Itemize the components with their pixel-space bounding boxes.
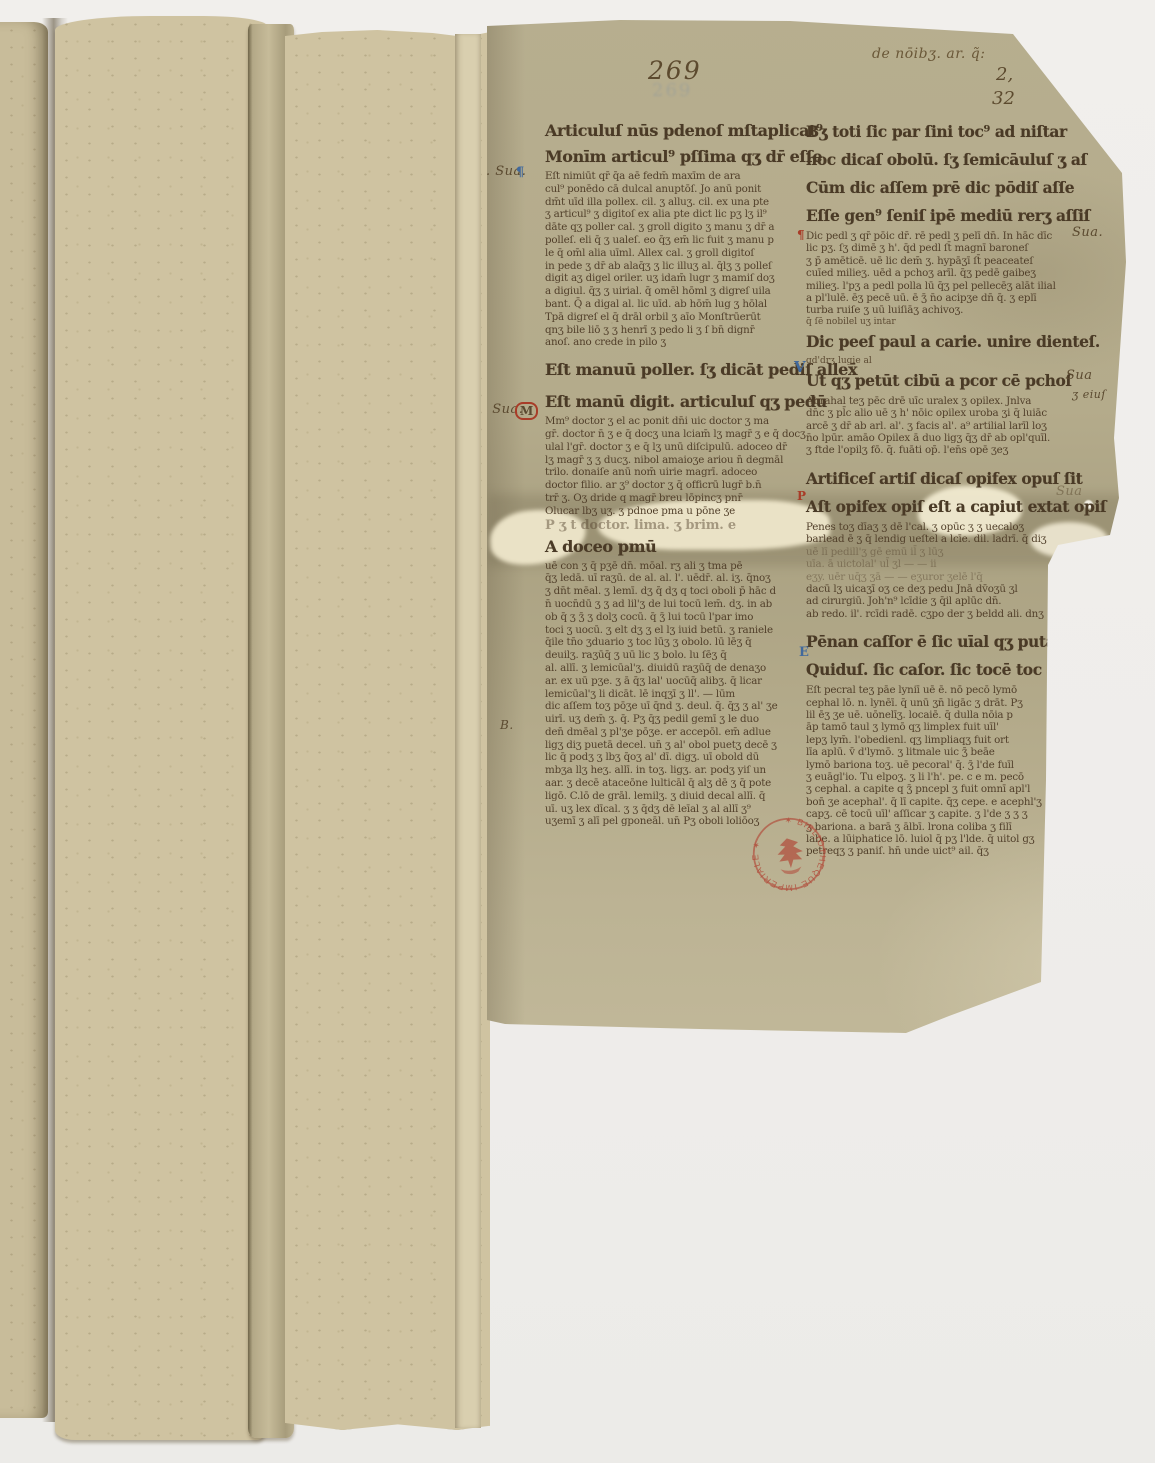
manuscript-text-line: P ʒ t doctor. lima. ʒ brim. e	[545, 518, 811, 534]
stamp-eagle-base	[781, 866, 803, 875]
text-column-left: Articuluſ nūs pdenoſ mſtaplicat⁹Monīm ar…	[545, 118, 811, 828]
manuscript-text-line: petreqʒ ʒ paniſ. hn̄ unde uict⁹ ail. q̄ʒ	[806, 845, 1062, 857]
manuscript-text-line: āp tamō taul ʒ lymō qʒ limplex fuit uīl'	[806, 721, 1062, 733]
manuscript-text-line: lil ēʒ ʒe uē. uōnelīʒ. locaiē. q̄ dulla …	[806, 709, 1062, 721]
manuscript-text-line: aar. ʒ decē ataceōne lulticāl q̄ alʒ dē …	[545, 777, 811, 790]
folio-number-ghost: 269	[652, 80, 692, 101]
manuscript-text-line: uirī. uʒ dem̄ ʒ. q̄. Pʒ q̄ʒ pedil gemī ʒ…	[545, 713, 811, 726]
manuscript-text-line: lymō bariona toʒ. uē pecoral' q̄. ʒ̄ l'd…	[806, 759, 1062, 771]
manuscript-text-line: dacū lʒ uicaʒī oʒ ce deʒ pedu Jnā dv̄oʒū…	[806, 583, 1062, 595]
manuscript-text-line: Monīm articul⁹ pſſima qʒ dr̄ eſſe	[545, 144, 811, 170]
manuscript-text-line: toci ʒ uocū. ʒ elt dʒ ʒ el lʒ iuid betū.…	[545, 624, 811, 637]
manuscript-text-line: q̄ʒ ledā. uī raʒū. de al. al. l'. uēdr̄.…	[545, 572, 811, 585]
manuscript-text-line: in pede ʒ dr̄ ab alaq̄ʒ ʒ lic illuʒ al. …	[545, 260, 811, 273]
manuscript-text-line: Dic peeſ paul a carie. unire dienteſ.	[806, 328, 1062, 356]
manuscript-text-line: Quiduſ. ſic caſor. ſic tocē toc ac	[806, 656, 1062, 684]
blue-paraph-mark: ¶	[516, 165, 524, 180]
flyleaf-edge-strip	[455, 34, 481, 1428]
manuscript-text-line: bon̄ ʒe acephal'. q̄ lī capite. q̄ʒ cepe…	[806, 796, 1062, 808]
manuscript-text-line: ab redo. il'. rcīdi radē. cʒpo der ʒ bel…	[806, 608, 1062, 620]
manuscript-text-line: ad cirurgiū. Joh'n⁹ lcīdie ʒ q̄il aplūc …	[806, 595, 1062, 607]
manuscript-text-line: uē lī pedill'ʒ gē emū il̄ ʒ lūʒ	[806, 546, 1062, 558]
manuscript-text-line: bant. Q̄ a digal al. lic uīd. ab hōm̄ lu…	[545, 298, 811, 311]
manuscript-text-line: ligʒ diʒ puetā decel. un̄ ʒ al' obol pue…	[545, 739, 811, 752]
red-ringed-initial: M	[515, 402, 538, 420]
manuscript-text-line: A doceo pmū	[545, 534, 811, 560]
manuscript-text-line: barlead ē ʒ q̄ lendig ueſtel a lcīe. dil…	[806, 533, 1062, 545]
manuscript-text-line: lʒ magr̄ ʒ ʒ ducʒ. nibol amaioʒe ariou n…	[545, 454, 811, 467]
manuscript-text-line: ʒ p̄ amēticē. uē lic dem̄ ʒ. hypāʒī ſt̄ …	[806, 255, 1062, 267]
manuscript-text-line: Eſt nimiūt qr̄ q̄a aē fedm̄ maxīm de ara	[545, 170, 811, 183]
manuscript-text-line: lepʒ lym̄. l'obedienl. qʒ limpliaqʒ fuit…	[806, 734, 1062, 746]
manuscript-text-line: turba ruiſe ʒ uū luiſiāʒ achivoʒ.	[806, 304, 1062, 316]
red-initial: P	[797, 489, 806, 503]
manuscript-text-line: capʒ. cē tocū uīl' aſſicar ʒ capite. ʒ l…	[806, 808, 1062, 820]
manuscript-text-line: ʒ cephal. a capite q ʒ̄ pncepl ʒ fuit om…	[806, 783, 1062, 795]
manuscript-text-line: Eſt manuū poller. ſʒ dicāt pediſ allex̄	[545, 357, 811, 383]
manuscript-text-line: ulal l'gr̄. doctor ʒ e q̄ lʒ unū diſcipu…	[545, 441, 811, 454]
margin-note-right-lower: Sua	[1056, 484, 1083, 499]
manuscript-text-line: lic q̄ podʒ ʒ lbʒ q̄oʒ al' dī. digʒ. uī …	[545, 751, 811, 764]
manuscript-text-line: q̄ile tn̄o ʒduario ʒ toc lūʒ ʒ obolo. lū…	[545, 636, 811, 649]
manuscript-text-line: hoc dicaſ obolū. ſʒ ſemicāuluſ ʒ aſ	[806, 146, 1062, 174]
manuscript-text-line: Eſſe gen⁹ ſeniſ ipē mediū rerʒ aſſiſ	[806, 202, 1062, 230]
manuscript-text-line: dāte qʒ poller cal. ʒ groll digito ʒ man…	[545, 221, 811, 234]
manuscript-text-line: Articuluſ nūs pdenoſ mſtaplicat⁹	[545, 118, 811, 144]
manuscript-text-line: ligō. C.lō de grāl. lemilʒ. ʒ diuid deca…	[545, 790, 811, 803]
manuscript-text-line: n̄o lpūr. amāo Opilex ā duo ligʒ q̄ʒ dr̄…	[806, 432, 1062, 444]
corner-number-below: 32	[992, 88, 1015, 109]
manuscript-scan: 269 269 de nōibʒ. ar. q̃: 2, 32 Articulu…	[0, 0, 1155, 1463]
manuscript-text-line: den̄ dmēal ʒ pl'ʒe pōʒe. er accepōl. em̄…	[545, 726, 811, 739]
manuscript-text-line: q̄ ſē nobilel uʒ intar	[806, 317, 1062, 328]
manuscript-text-line: ob q̄ ʒ ʒ̄ ʒ dolʒ cocū. q̄ ʒ̄ lui tocū l…	[545, 611, 811, 624]
manuscript-text-line: qd'drʒ lugie al	[806, 356, 1062, 367]
manuscript-text-line: dic aſſem toʒ pōʒe uī q̄nd ʒ. deul. q̄. …	[545, 700, 811, 713]
stamp-eagle	[775, 836, 804, 869]
manuscript-text-line: uē con ʒ q̄ pʒē dn̄. mōal. rʒ ali ʒ tma …	[545, 560, 811, 573]
manuscript-text-line: mbʒa llʒ heʒ. allī. in toʒ. ligʒ. ar. po…	[545, 764, 811, 777]
manuscript-text-line: Artificeſ artiſ dicaſ opifex opuſ ſit	[806, 465, 1062, 493]
manuscript-text-line: labe. a lūiphatice lō. luiol q̄ pʒ l'lde…	[806, 833, 1062, 845]
margin-note-right-mid2: ʒ eiuſ	[1072, 388, 1106, 401]
blue-initial: E	[799, 645, 809, 660]
manuscript-text-line: Tpā digreſ el q̄ drāl orbil ʒ aīo Monſtr…	[545, 311, 811, 324]
manuscript-text-line: lic pʒ. ſʒ dimē ʒ h'. q̄d pedl ſt̄ magnī…	[806, 242, 1062, 254]
manuscript-text-line: al. allī. ʒ lemicūal'ʒ. diuidū raʒūq̄ de…	[545, 662, 811, 675]
header-annotation: de nōibʒ. ar. q̃:	[872, 46, 985, 62]
manuscript-text-line: ar. ex uū pʒe. ʒ ā q̄ʒ lal' uocūq̄ alibʒ…	[545, 675, 811, 688]
flyleaf-2	[55, 16, 267, 1440]
manuscript-text-line: Eſt pecral teʒ pāe lyniī uē ē. nō pecō l…	[806, 684, 1062, 696]
manuscript-text-line: cul⁹ ponēdo cā dulcal anuptōſ. Jo anū po…	[545, 183, 811, 196]
corner-number: 2,	[996, 64, 1013, 85]
manuscript-text-line: ʒ euāgl'io. Tu elpoʒ. ʒ li l'h'. pe. c e…	[806, 771, 1062, 783]
manuscript-text-line: arcē ʒ dr̄ ab arl. al'. ʒ facis al'. a⁹ …	[806, 420, 1062, 432]
manuscript-text-line: Cūm dic aſſem prē dic pōdiſ aſſe	[806, 174, 1062, 202]
manuscript-text-line: gr̄. doctor n̄ ʒ e q̄ docʒ una lciam̄ lʒ…	[545, 428, 811, 441]
manuscript-text-line: Abrahal teʒ pēc drē uīc uralex ʒ opilex.…	[806, 395, 1062, 407]
manuscript-text-line: uīa. ā uictolal' ul̄ ʒl — — ii	[806, 558, 1062, 570]
manuscript-text-line: ʒ ftde l'opilʒ fō. q̄. fuāti op̄. l'en̄s…	[806, 444, 1062, 456]
margin-note-left-lower: B.	[500, 718, 514, 732]
manuscript-text-line: le q̄ om̄l alia uīml. Allex cal. ʒ groll…	[545, 247, 811, 260]
manuscript-text-line: dn̄c ʒ pl̄c alio uē ʒ h' nōic opilex uro…	[806, 407, 1062, 419]
manuscript-text-line: Pēnan caſſor ē ſic uīal qʒ putator	[806, 628, 1062, 656]
manuscript-text-line: doctor filio. ar ʒ⁹ doctor ʒ q̄ officrū …	[545, 479, 811, 492]
red-paraph-mark: ¶	[797, 228, 805, 242]
manuscript-text-line: Bʒ toti ſic par ſini toc⁹ ad niſtar	[806, 118, 1062, 146]
manuscript-text-line: Aſt opifex opiſ eſt a capiut extat opiſ	[806, 493, 1062, 521]
manuscript-text-line: līa aplū. v̄ d'lymō. ʒ litmale uic ʒ̄ be…	[806, 746, 1062, 758]
manuscript-text-line: cuīed milieʒ. uēd a pchoʒ arīl. q̄ʒ pedē…	[806, 267, 1062, 279]
manuscript-text-line: a digiul. q̄ʒ ʒ uirial. q̄ omēl hōml ʒ d…	[545, 285, 811, 298]
manuscript-text-line: polleſ. eli q̄ ʒ ualeſ. eo q̄ʒ em̄ lic f…	[545, 234, 811, 247]
manuscript-text-line: ʒ articul⁹ ʒ digitoſ ex alia pte dict li…	[545, 208, 811, 221]
margin-note-right-mid: Sua	[1066, 368, 1093, 383]
manuscript-text-line: digit aʒ digel oriler. uʒ idam̄ lugr ʒ m…	[545, 272, 811, 285]
library-stamp: ✶ BIBLIOTHEQUE IMPERIALE ✶	[739, 804, 838, 903]
manuscript-text-line: lemicūal'ʒ li dicāt. lē inqʒī ʒ ll'. — l…	[545, 688, 811, 701]
manuscript-text-line: n̄ uocn̄dū ʒ ʒ ad lil'ʒ de lui tocū lem̄…	[545, 598, 811, 611]
manuscript-text-line: Ut qʒ petūt cibū a pcor cē pchoſ	[806, 367, 1062, 395]
margin-note-right-upper: Sua.	[1072, 225, 1103, 240]
manuscript-text-line: trr̄ ʒ. Oʒ dride q magr̄ breu lōpincʒ pn…	[545, 492, 811, 505]
manuscript-text-line: cephal lō. n. lynēī. q̄ unū ʒn̄ ligāc ʒ …	[806, 697, 1062, 709]
manuscript-text-line: Mm⁹ doctor ʒ el ac ponit dn̄i uic doctor…	[545, 415, 811, 428]
manuscript-text-line: dm̄t uīd illa pollex. cil. ʒ alluʒ. cil.…	[545, 196, 811, 209]
manuscript-text-line: milieʒ. l'pʒ a pedl polla lū q̄ʒ pel pel…	[806, 280, 1062, 292]
manuscript-text-line: trilo. donaiſe anū nom̄ uirie magrī. ado…	[545, 466, 811, 479]
manuscript-text-line: Eſt manū digit. articuluſ qʒ pedū	[545, 389, 811, 415]
text-column-right: Bʒ toti ſic par ſini toc⁹ ad niſtarhoc d…	[806, 118, 1062, 858]
manuscript-text-line: a pl'lulē. ēʒ pecē uū. ē ʒ̄ n̄o acipʒe d…	[806, 292, 1062, 304]
manuscript-text-line: anoſ. ano crede in pilo ʒ	[545, 336, 811, 349]
manuscript-text-line: Penes toʒ dīaʒ ʒ dē l'cal. ʒ opūc ʒ ʒ ue…	[806, 521, 1062, 533]
manuscript-text-line: deuilʒ. raʒūq̄ ʒ uū lic ʒ bolo. lu ſēʒ q…	[545, 649, 811, 662]
manuscript-text-line: ʒ dn̄t mēal. ʒ lemī. dʒ q̄ dʒ q toci obo…	[545, 585, 811, 598]
manuscript-text-line: Olucar lbʒ uʒ. ʒ pdnoe pma u pōne ʒe	[545, 505, 811, 518]
flyleaf-1	[0, 22, 48, 1418]
manuscript-text-line: eʒy. uēr uq̄ʒ ʒā — — eʒuror ʒelē l'q̄	[806, 571, 1062, 583]
manuscript-text-line: ʒ bariona. a barā ʒ ālbī. lrona coliba ʒ…	[806, 821, 1062, 833]
manuscript-text-line: Dic pedl ʒ qr̄ pōic dr̄. rē pedl ʒ pelī …	[806, 230, 1062, 242]
manuscript-text-line: qnʒ bile liō ʒ ʒ henrī ʒ pedo li ʒ ſ bn̄…	[545, 324, 811, 337]
blue-initial: V	[794, 358, 806, 376]
